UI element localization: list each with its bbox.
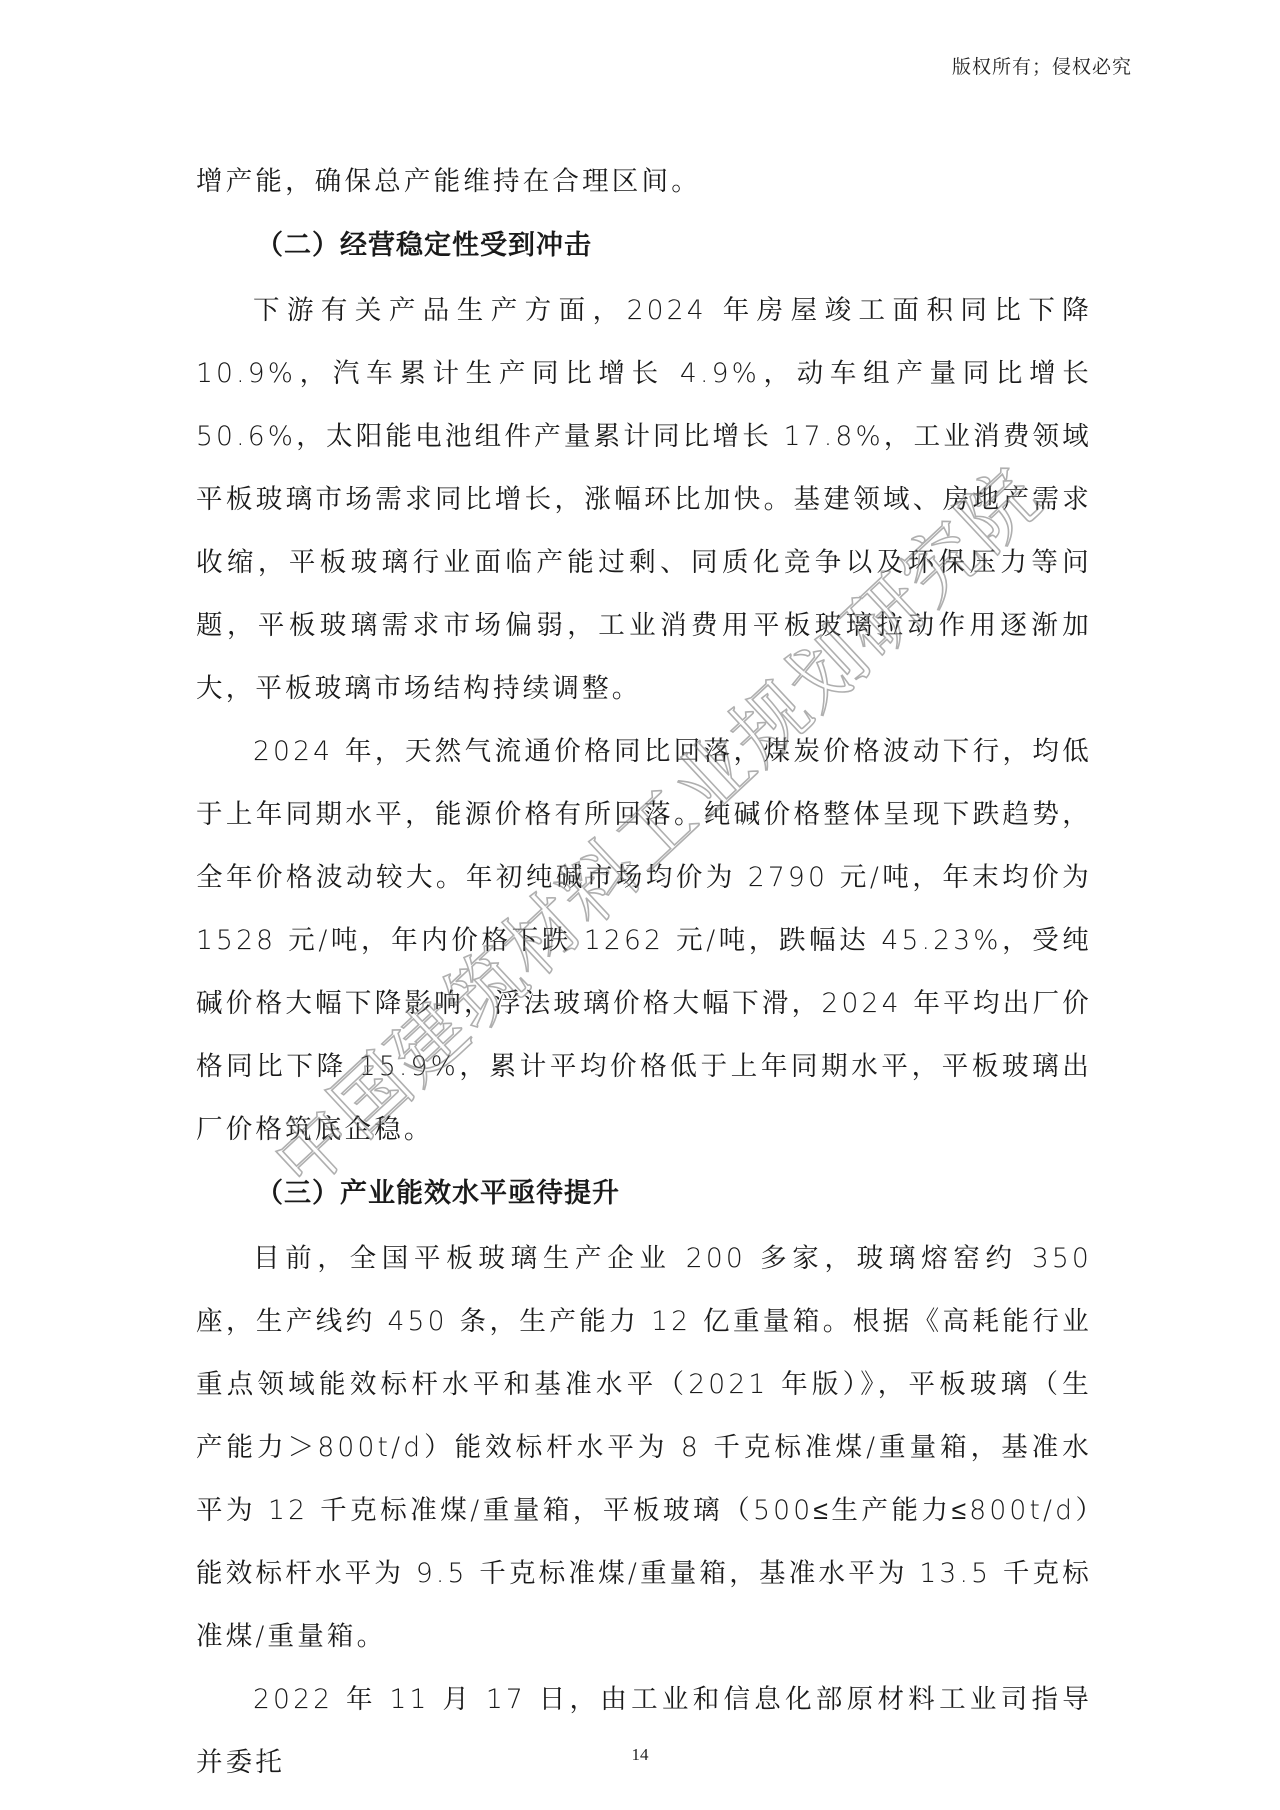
copyright-notice: 版权所有；侵权必究 (952, 52, 1132, 79)
paragraph-energy-soda-prices: 2024 年，天然气流通价格同比回落，煤炭价格波动下行，均低于上年同期水平，能源… (196, 720, 1092, 1161)
paragraph-downstream-demand: 下游有关产品生产方面，2024 年房屋竣工面积同比下降 10.9%，汽车累计生产… (196, 279, 1092, 720)
page-number: 14 (0, 1745, 1280, 1765)
document-body: 增产能，确保总产能维持在合理区间。 （二）经营稳定性受到冲击 下游有关产品生产方… (196, 150, 1092, 1794)
paragraph-2022-guidance: 2022 年 11 月 17 日，由工业和信息化部原材料工业司指导并委托 (196, 1668, 1092, 1794)
continuation-paragraph: 增产能，确保总产能维持在合理区间。 (196, 150, 1092, 213)
paragraph-energy-efficiency: 目前，全国平板玻璃生产企业 200 多家，玻璃熔窑约 350 座，生产线约 45… (196, 1227, 1092, 1668)
section-heading-3: （三）产业能效水平亟待提升 (196, 1161, 1092, 1227)
section-heading-2: （二）经营稳定性受到冲击 (196, 213, 1092, 279)
